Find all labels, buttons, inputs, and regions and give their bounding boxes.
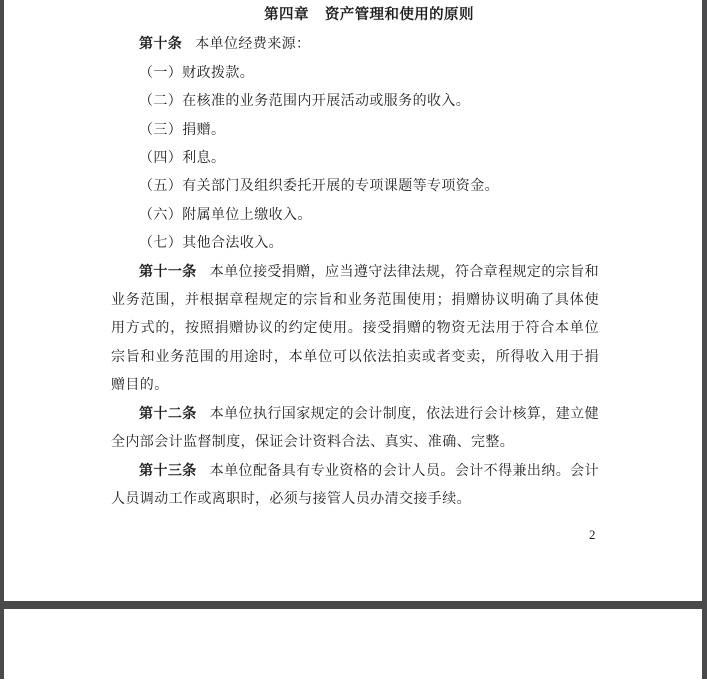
- list-item: （五）有关部门及组织委托开展的专项课题等专项资金。: [111, 173, 599, 201]
- page-gap-bar: [0, 601, 707, 609]
- list-item: （三）捐赠。: [111, 117, 599, 145]
- list-item-text: （四）利息。: [139, 151, 225, 166]
- scan-edge-left: [0, 0, 4, 679]
- list-item-text: （三）捐赠。: [139, 123, 225, 138]
- list-item: （一）财政拨款。: [111, 60, 599, 88]
- article-text: 本单位接受捐赠，应当遵守法律法规，符合章程规定的宗旨和业务范围，并根据章程规定的…: [111, 265, 599, 394]
- list-item-text: （六）附属单位上缴收入。: [139, 208, 312, 223]
- article-paragraph: 第十二条本单位执行国家规定的会计制度，依法进行会计核算，建立健全内部会计监督制度…: [111, 401, 599, 458]
- list-item: （六）附属单位上缴收入。: [111, 202, 599, 230]
- list-item: （二）在核准的业务范围内开展活动或服务的收入。: [111, 88, 599, 116]
- chapter-number: 第四章: [264, 7, 309, 23]
- list-item: （四）利息。: [111, 145, 599, 173]
- list-item-text: （五）有关部门及组织委托开展的专项课题等专项资金。: [139, 179, 499, 194]
- scan-edge-right: [702, 0, 707, 679]
- article-paragraph: 第十条本单位经费来源：: [111, 31, 599, 59]
- article-label: 第十三条: [139, 464, 197, 479]
- article-label: 第十二条: [139, 407, 197, 422]
- article-label: 第十条: [139, 37, 182, 52]
- article-paragraph: 第十三条本单位配备具有专业资格的会计人员。会计不得兼出纳。会计人员调动工作或离职…: [111, 458, 599, 515]
- document-page: 第四章资产管理和使用的原则 第十条本单位经费来源： （一）财政拨款。 （二）在核…: [111, 1, 599, 514]
- chapter-heading: 第四章资产管理和使用的原则: [111, 1, 599, 29]
- article-text: 本单位经费来源：: [195, 37, 310, 52]
- article-label: 第十一条: [139, 265, 197, 280]
- chapter-title: 资产管理和使用的原则: [325, 7, 474, 23]
- list-item-text: （七）其他合法收入。: [139, 236, 283, 251]
- article-paragraph: 第十一条本单位接受捐赠，应当遵守法律法规，符合章程规定的宗旨和业务范围，并根据章…: [111, 259, 599, 401]
- list-item: （七）其他合法收入。: [111, 230, 599, 258]
- page-number: 2: [589, 527, 596, 542]
- list-item-text: （一）财政拨款。: [139, 66, 254, 81]
- list-item-text: （二）在核准的业务范围内开展活动或服务的收入。: [139, 94, 470, 109]
